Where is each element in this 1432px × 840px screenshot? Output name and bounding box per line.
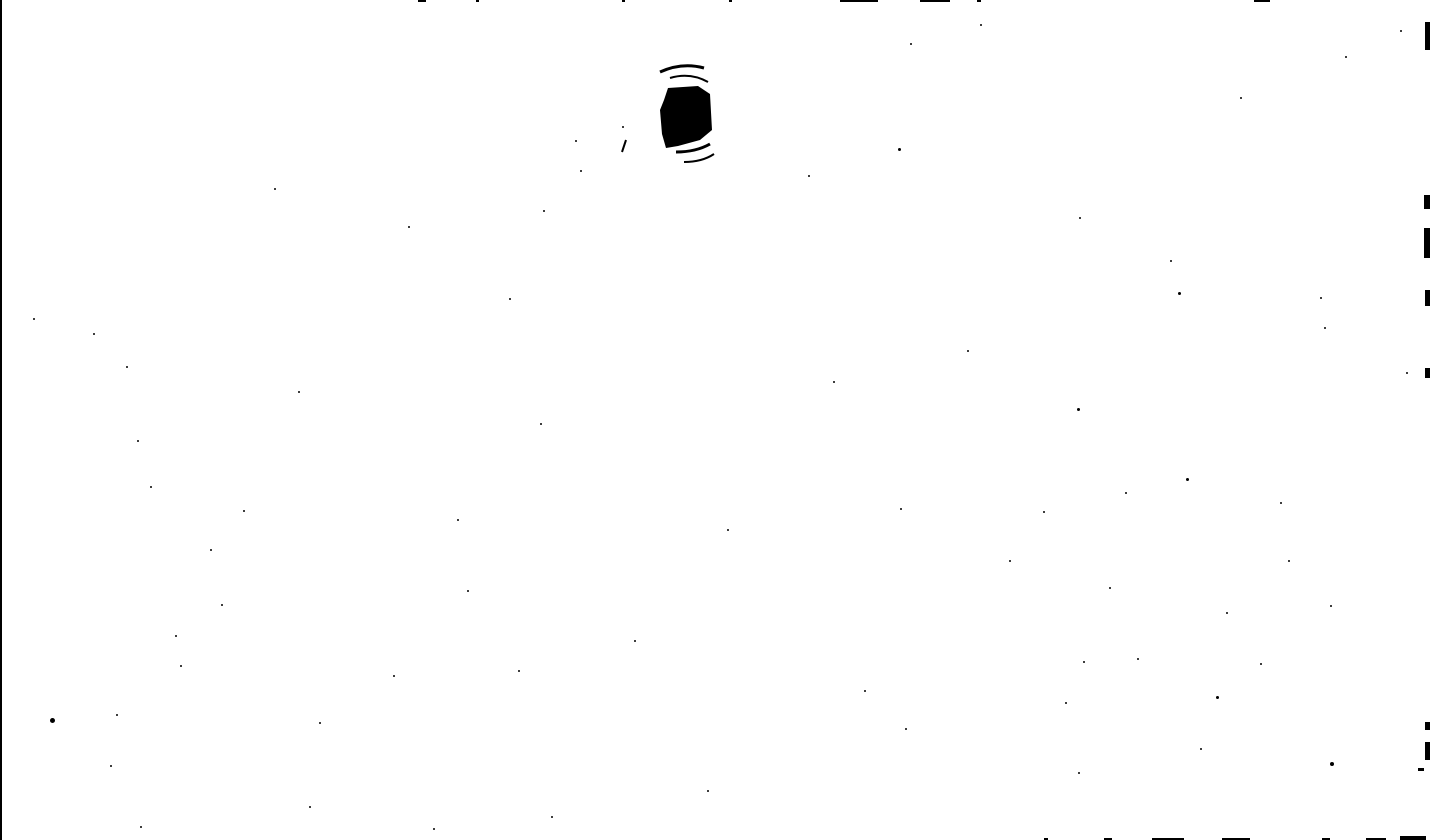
speckle-dot <box>309 806 311 808</box>
speckle-dot <box>864 690 866 692</box>
speckle-dot <box>575 140 577 142</box>
speckle-dot <box>905 728 907 730</box>
speckle-dot <box>580 170 582 172</box>
edge-fragment <box>1254 0 1270 2</box>
speckle-dot <box>243 510 245 512</box>
speckle-dot <box>518 670 520 672</box>
speckle-dot <box>1324 327 1326 329</box>
speckle-dot <box>1226 612 1228 614</box>
edge-fragment <box>476 0 479 2</box>
speckle-dot <box>1065 702 1067 704</box>
speckle-dot <box>1320 297 1322 299</box>
left-border <box>0 0 2 840</box>
edge-fragment <box>840 0 878 2</box>
speckle-dot <box>1288 560 1290 562</box>
speckle-dot <box>110 765 112 767</box>
speckle-dot <box>467 590 469 592</box>
blank-canvas <box>0 0 1432 840</box>
edge-fragment <box>418 0 426 2</box>
speckle-dot <box>408 226 410 228</box>
speckle-dot <box>1079 217 1081 219</box>
edge-fragment <box>1418 768 1424 771</box>
speckle-dot <box>393 675 395 677</box>
edge-fragment <box>1425 742 1430 760</box>
edge-fragment <box>1425 290 1430 306</box>
speckle-dot <box>433 828 435 830</box>
edge-fragment <box>1425 368 1430 378</box>
speckle-dot <box>298 391 300 393</box>
speckle-dot <box>543 210 545 212</box>
speckle-dot <box>1330 605 1332 607</box>
speckle-dot <box>1043 511 1045 513</box>
edge-fragment <box>1425 722 1430 730</box>
speckle-dot <box>1109 587 1111 589</box>
edge-fragment <box>1400 836 1426 840</box>
speckle-dot <box>808 175 810 177</box>
speckle-dot <box>457 519 459 521</box>
dark-blob-shape <box>604 48 744 168</box>
speckle-dot <box>1406 372 1408 374</box>
speckle-dot <box>833 381 835 383</box>
speckle-dot <box>967 350 969 352</box>
speckle-dot <box>126 366 128 368</box>
speckle-dot <box>900 508 902 510</box>
speckle-dot <box>150 486 152 488</box>
speckle-dot <box>622 126 624 128</box>
edge-fragment <box>1424 228 1430 258</box>
speckle-dot <box>1083 661 1085 663</box>
speckle-dot <box>634 640 636 642</box>
speckle-dot <box>116 714 118 716</box>
edge-fragment <box>622 0 625 2</box>
edge-fragment <box>1425 22 1430 50</box>
speckle-dot <box>540 423 542 425</box>
edge-fragment <box>729 0 732 2</box>
speckle-dot <box>1009 560 1011 562</box>
speckle-dot <box>1240 97 1242 99</box>
speckle-dot <box>50 718 55 723</box>
speckle-dot <box>33 318 35 320</box>
edge-fragment <box>1424 195 1430 209</box>
speckle-dot <box>319 722 321 724</box>
speckle-dot <box>137 440 139 442</box>
speckle-dot <box>509 298 511 300</box>
speckle-dot <box>707 790 709 792</box>
speckle-dot <box>221 604 223 606</box>
speckle-dot <box>1400 30 1402 32</box>
speckle-dot <box>93 333 95 335</box>
speckle-dot <box>140 826 142 828</box>
speckle-dot <box>1280 502 1282 504</box>
speckle-dot <box>551 816 553 818</box>
speckle-dot <box>1330 762 1334 766</box>
speckle-dot <box>1216 696 1219 699</box>
speckle-dot <box>1170 260 1172 262</box>
speckle-dot <box>1125 492 1127 494</box>
speckle-dot <box>980 24 982 26</box>
edge-fragment <box>977 0 981 2</box>
speckle-dot <box>1260 663 1262 665</box>
speckle-dot <box>898 148 901 151</box>
speckle-dot <box>1186 478 1189 481</box>
speckle-dot <box>175 635 177 637</box>
speckle-dot <box>1345 56 1347 58</box>
speckle-dot <box>727 529 729 531</box>
speckle-dot <box>274 188 276 190</box>
speckle-dot <box>1178 292 1181 295</box>
speckle-dot <box>1200 748 1202 750</box>
edge-fragment <box>920 0 950 2</box>
speckle-dot <box>180 665 182 667</box>
speckle-dot <box>1078 772 1080 774</box>
speckle-dot <box>1077 408 1080 411</box>
speckle-dot <box>910 43 912 45</box>
speckle-dot <box>1137 658 1139 660</box>
speckle-dot <box>210 549 212 551</box>
